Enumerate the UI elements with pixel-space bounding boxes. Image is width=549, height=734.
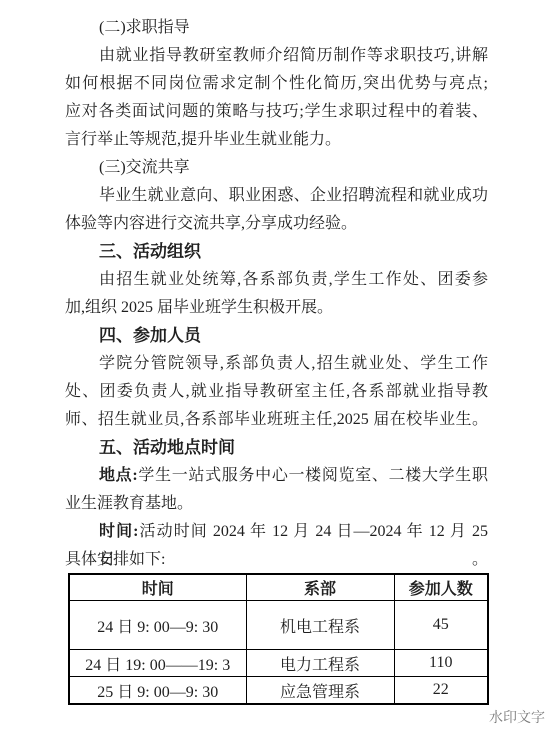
subsection-heading-exchange-sharing: (三)交流共享 <box>65 154 488 182</box>
table-header-department: 系部 <box>246 574 394 601</box>
table-header-time: 时间 <box>69 574 246 601</box>
watermark-text: 水印文字 <box>489 707 545 727</box>
paragraph-line: 体验等内容进行交流共享,分享成功经验。 <box>65 210 488 238</box>
location-line: 业生涯教育基地。 <box>65 490 488 518</box>
section-heading-activity-organization: 三、活动组织 <box>65 238 488 266</box>
paragraph-line: 毕业生就业意向、职业困惑、企业招聘流程和就业成功 <box>65 182 488 210</box>
paragraph-line: 师、招生就业员,各系部毕业班班主任,2025 届在校毕业生。 <box>65 406 488 434</box>
paragraph-line: 言行举止等规范,提升毕业生就业能力。 <box>65 126 488 154</box>
paragraph-line: 加,组织 2025 届毕业班学生积极开展。 <box>65 294 488 322</box>
location-text: 学生一站式服务中心一楼阅览室、二楼大学生职 <box>138 467 488 484</box>
paragraph-line: 应对各类面试问题的策略与技巧;学生求职过程中的着装、 <box>65 98 488 126</box>
table-header-participant-count: 参加人数 <box>394 574 488 601</box>
table-cell-department: 应急管理系 <box>246 677 394 705</box>
location-label: 地点: <box>99 467 138 484</box>
subsection-heading-job-guidance: (二)求职指导 <box>65 14 488 42</box>
table-row: 25 日 9: 00—9: 30 应急管理系 22 <box>69 677 488 705</box>
document-page: (二)求职指导 由就业指导教研室教师介绍简历制作等求职技巧,讲解 如何根据不同岗… <box>0 0 549 734</box>
table-cell-department: 电力工程系 <box>246 650 394 677</box>
section-heading-participants: 四、参加人员 <box>65 322 488 350</box>
table-header-row: 时间 系部 参加人数 <box>69 574 488 601</box>
time-line: 时间:活动时间 2024 年 12 月 24 日—2024 年 12 月 25 … <box>65 518 488 546</box>
table-row: 24 日 9: 00—9: 30 机电工程系 45 <box>69 601 488 650</box>
table-cell-time: 24 日 9: 00—9: 30 <box>69 601 246 650</box>
table-cell-time: 24 日 19: 00——19: 3 <box>69 650 246 677</box>
schedule-table: 时间 系部 参加人数 24 日 9: 00—9: 30 机电工程系 45 24 … <box>68 573 489 705</box>
section-heading-location-time: 五、活动地点时间 <box>65 434 488 462</box>
table-cell-count: 22 <box>394 677 488 705</box>
paragraph-line: 由招生就业处统筹,各系部负责,学生工作处、团委参 <box>65 266 488 294</box>
table-cell-count: 45 <box>394 601 488 650</box>
time-label: 时间: <box>99 523 138 540</box>
table-cell-count: 110 <box>394 650 488 677</box>
paragraph-line: 学院分管院领导,系部负责人,招生就业处、学生工作 <box>65 350 488 378</box>
table-cell-time: 25 日 9: 00—9: 30 <box>69 677 246 705</box>
table-cell-department: 机电工程系 <box>246 601 394 650</box>
paragraph-line: 如何根据不同岗位需求定制个性化简历,突出优势与亮点; <box>65 70 488 98</box>
location-line: 地点:学生一站式服务中心一楼阅览室、二楼大学生职 <box>65 462 488 490</box>
paragraph-line: 处、团委负责人,就业指导教研室主任,各系部就业指导教 <box>65 378 488 406</box>
document-content: (二)求职指导 由就业指导教研室教师介绍简历制作等求职技巧,讲解 如何根据不同岗… <box>65 14 488 574</box>
table-row: 24 日 19: 00——19: 3 电力工程系 110 <box>69 650 488 677</box>
paragraph-line: 由就业指导教研室教师介绍简历制作等求职技巧,讲解 <box>65 42 488 70</box>
